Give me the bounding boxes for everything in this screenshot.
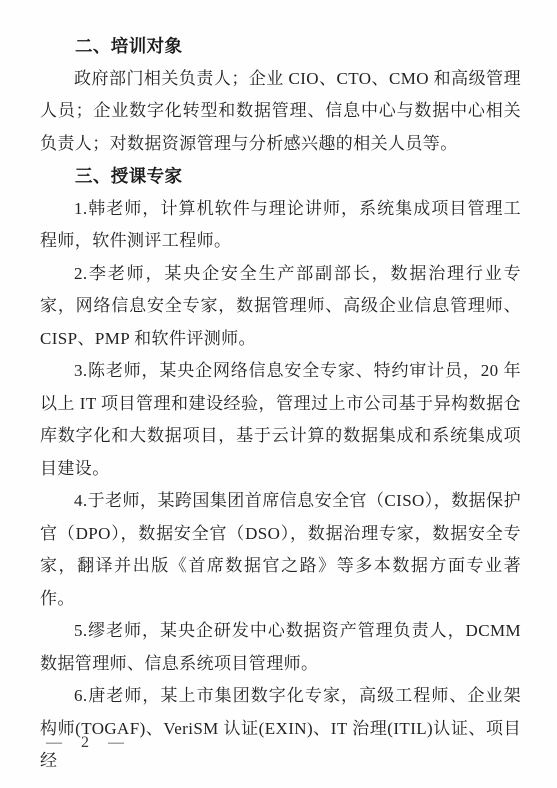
heading-lecturers: 三、授课专家 xyxy=(40,160,521,193)
para-lecturer-2: 2.李老师，某央企安全生产部副部长，数据治理行业专家，网络信息安全专家，数据管理… xyxy=(40,258,521,356)
footer-dash-right: — xyxy=(108,734,124,752)
footer-dash-left: — xyxy=(46,734,62,752)
page-footer: — 2 — xyxy=(46,734,124,752)
para-lecturer-4: 4.于老师，某跨国集团首席信息安全官（CISO），数据保护官（DPO），数据安全… xyxy=(40,485,521,615)
para-lecturer-3: 3.陈老师，某央企网络信息安全专家、特约审计员，20 年以上 IT 项目管理和建… xyxy=(40,355,521,485)
para-lecturer-5: 5.缪老师，某央企研发中心数据资产管理负责人，DCMM 数据管理师、信息系统项目… xyxy=(40,615,521,680)
heading-training-audience: 二、培训对象 xyxy=(40,30,521,63)
para-lecturer-6: 6.唐老师，某上市集团数字化专家，高级工程师、企业架构师(TOGAF)、Veri… xyxy=(40,680,521,778)
para-training-audience: 政府部门相关负责人；企业 CIO、CTO、CMO 和高级管理人员；企业数字化转型… xyxy=(40,63,521,161)
para-lecturer-1: 1.韩老师，计算机软件与理论讲师，系统集成项目管理工程师，软件测评工程师。 xyxy=(40,193,521,258)
document-text-block: 二、培训对象 政府部门相关负责人；企业 CIO、CTO、CMO 和高级管理人员；… xyxy=(40,30,521,778)
document-page: 二、培训对象 政府部门相关负责人；企业 CIO、CTO、CMO 和高级管理人员；… xyxy=(0,0,557,788)
page-number: 2 xyxy=(81,734,89,752)
